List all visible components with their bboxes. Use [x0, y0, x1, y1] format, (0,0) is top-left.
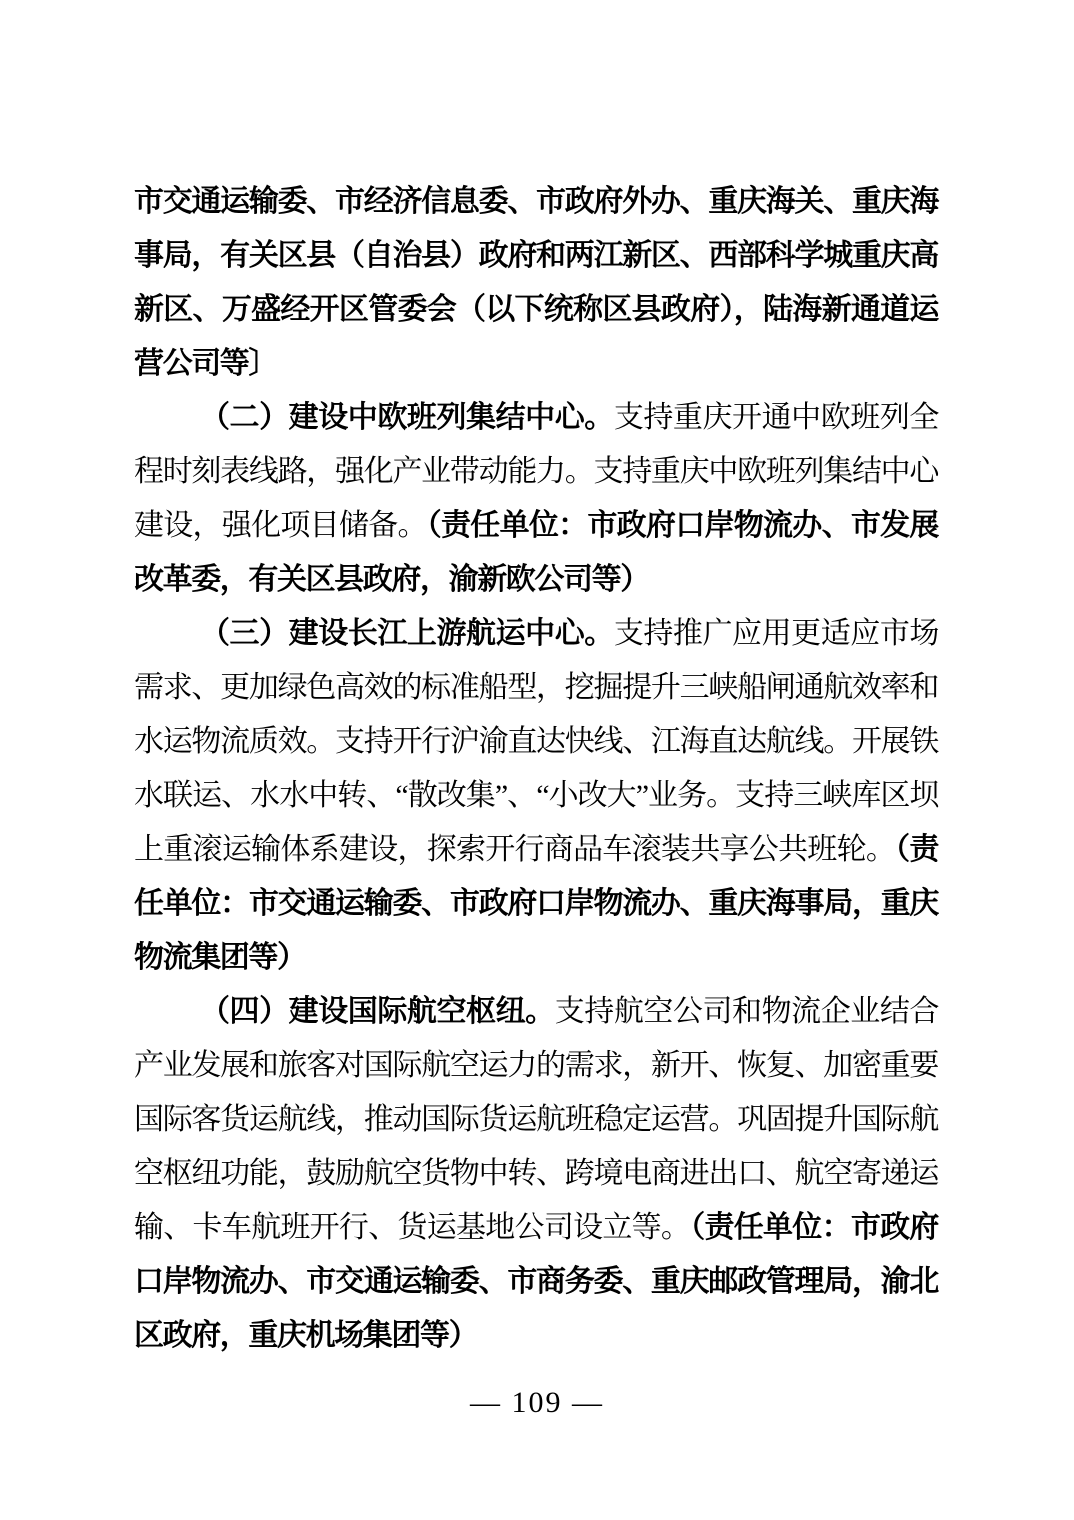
paragraph-section-3-yangtze-shipping-center: （三）建设长江上游航运中心。支持推广应用更适应市场需求、更加绿色高效的标准船型，…: [134, 607, 938, 985]
page-footer: — 109 —: [0, 1386, 1074, 1420]
emphasis-run: （四）建设国际航空枢纽。: [200, 995, 555, 1028]
emphasis-run: （二）建设中欧班列集结中心。: [200, 401, 614, 434]
text-run: 支持推广应用更适应市场需求、更加绿色高效的标准船型，挖掘提升三峡船闸通航效率和水…: [134, 617, 938, 866]
paragraph-section-4-international-aviation-hub: （四）建设国际航空枢纽。支持航空公司和物流企业结合产业发展和旅客对国际航空运力的…: [134, 985, 938, 1363]
document-body: 市交通运输委、市经济信息委、市政府外办、重庆海关、重庆海事局，有关区县（自治县）…: [134, 175, 938, 1363]
page-number: — 109 —: [470, 1386, 604, 1419]
emphasis-run: 市交通运输委、市经济信息委、市政府外办、重庆海关、重庆海事局，有关区县（自治县）…: [134, 185, 938, 380]
document-page: 市交通运输委、市经济信息委、市政府外办、重庆海关、重庆海事局，有关区县（自治县）…: [0, 0, 1074, 1520]
emphasis-run: （三）建设长江上游航运中心。: [200, 617, 614, 650]
text-run: 支持航空公司和物流企业结合产业发展和旅客对国际航空运力的需求，新开、恢复、加密重…: [134, 995, 938, 1244]
paragraph-responsible-units-continuation: 市交通运输委、市经济信息委、市政府外办、重庆海关、重庆海事局，有关区县（自治县）…: [134, 175, 938, 391]
paragraph-section-2-china-europe-railway: （二）建设中欧班列集结中心。支持重庆开通中欧班列全程时刻表线路，强化产业带动能力…: [134, 391, 938, 607]
